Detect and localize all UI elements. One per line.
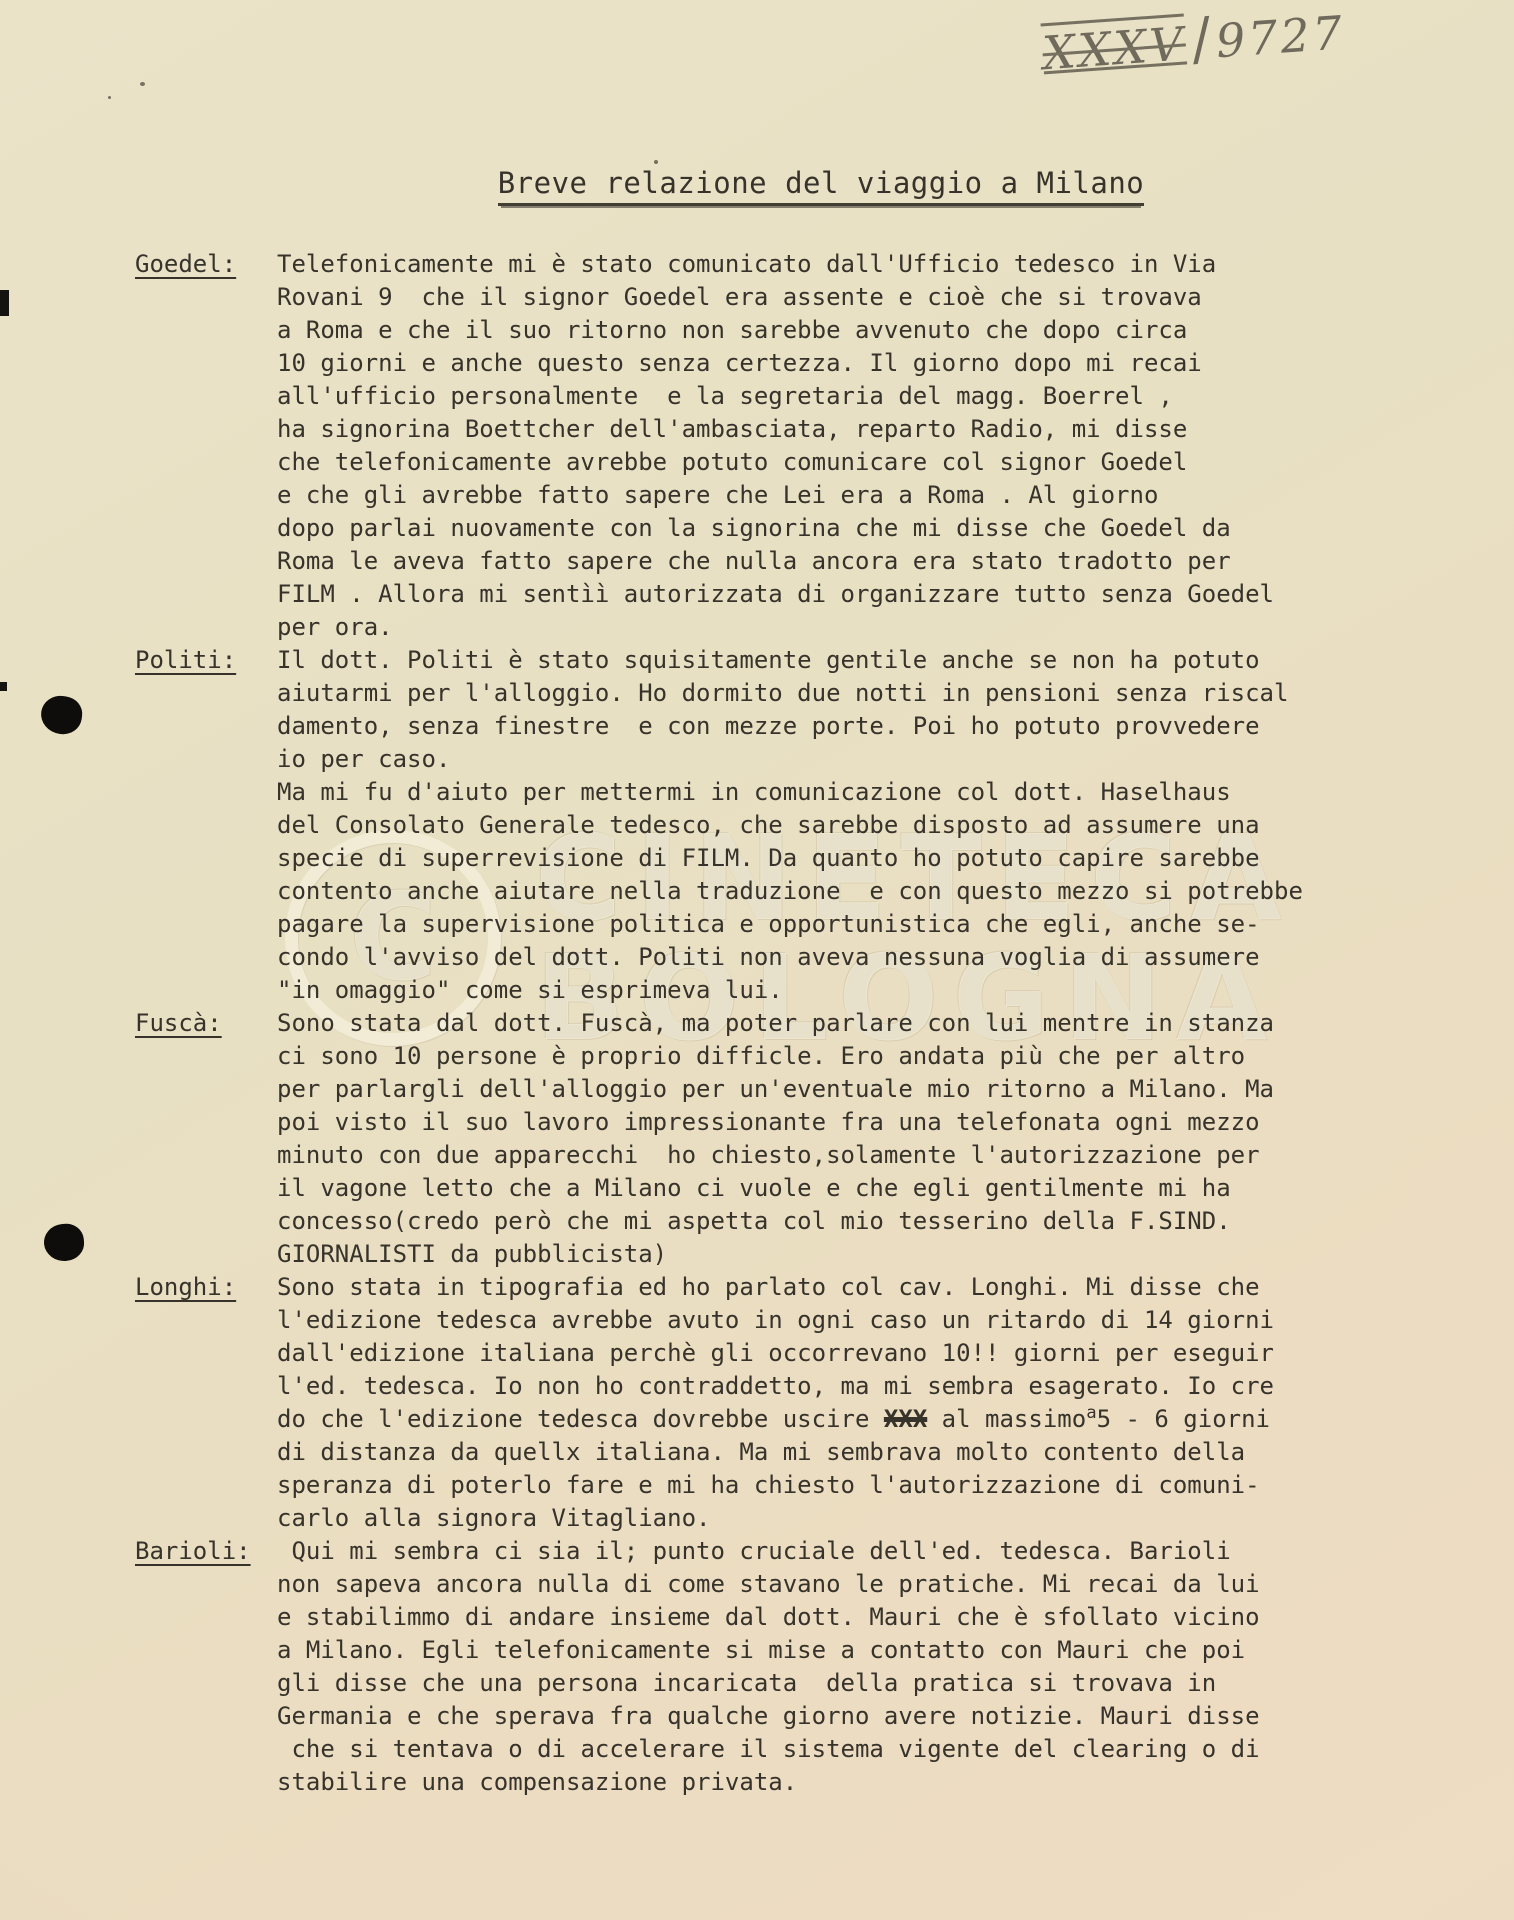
section-longhi: Longhi: Sono stata in tipografia ed ho p… <box>135 1271 1375 1535</box>
hole-punch-top <box>39 693 85 736</box>
section-text-politi: Il dott. Politi è stato squisitamente ge… <box>277 644 1303 1007</box>
document-body: Goedel: Telefonicamente mi è stato comun… <box>135 248 1375 1799</box>
corrected-line-suffix: 5 - 6 giorni <box>1097 1405 1270 1433</box>
corrected-line-middle: al massimo <box>927 1405 1086 1433</box>
section-text-fusca: Sono stata dal dott. Fuscà, ma poter par… <box>277 1007 1274 1271</box>
scan-edge-mark-small <box>0 682 7 691</box>
section-label-longhi: Longhi: <box>135 1271 277 1304</box>
longhi-text-part1: Sono stata in tipografia ed ho parlato c… <box>277 1271 1375 1403</box>
paper-speck <box>654 160 658 164</box>
section-label-fusca: Fuscà: <box>135 1007 277 1040</box>
handwritten-archive-number: XXXV/9727 <box>1036 0 1347 84</box>
section-text-barioli: Qui mi sembra ci sia il; punto cruciale … <box>277 1535 1260 1799</box>
corrected-line-prefix: do che l'edizione tedesca dovrebbe uscir… <box>277 1405 884 1433</box>
paper-speck <box>108 96 111 99</box>
longhi-corrected-line: do che l'edizione tedesca dovrebbe uscir… <box>277 1403 1375 1436</box>
section-text-longhi: Sono stata in tipografia ed ho parlato c… <box>277 1271 1375 1535</box>
section-label-goedel: Goedel: <box>135 248 277 281</box>
paper-speck <box>140 82 145 86</box>
scan-edge-mark <box>0 290 9 316</box>
section-label-barioli: Barioli: <box>135 1535 277 1568</box>
longhi-text-part2: di distanza da quellx italiana. Ma mi se… <box>277 1436 1375 1535</box>
crossed-out-numeral: XXXV <box>1037 16 1192 80</box>
section-barioli: Barioli: Qui mi sembra ci sia il; punto … <box>135 1535 1375 1799</box>
section-text-goedel: Telefonicamente mi è stato comunicato da… <box>277 248 1274 644</box>
hole-punch-bottom <box>42 1222 86 1263</box>
section-goedel: Goedel: Telefonicamente mi è stato comun… <box>135 248 1375 644</box>
struck-out-text: XXX <box>884 1405 927 1433</box>
section-politi: Politi: Il dott. Politi è stato squisita… <box>135 644 1375 1007</box>
section-label-politi: Politi: <box>135 644 277 677</box>
archive-number: 9727 <box>1214 5 1347 68</box>
scanned-typewritten-document: C CINETECA BOLOGNA XXXV/9727 Breve relaz… <box>0 0 1514 1920</box>
section-fusca: Fuscà: Sono stata dal dott. Fuscà, ma po… <box>135 1007 1375 1271</box>
document-title: Breve relazione del viaggio a Milano <box>498 166 1145 206</box>
superscript-correction: a <box>1086 1403 1096 1423</box>
